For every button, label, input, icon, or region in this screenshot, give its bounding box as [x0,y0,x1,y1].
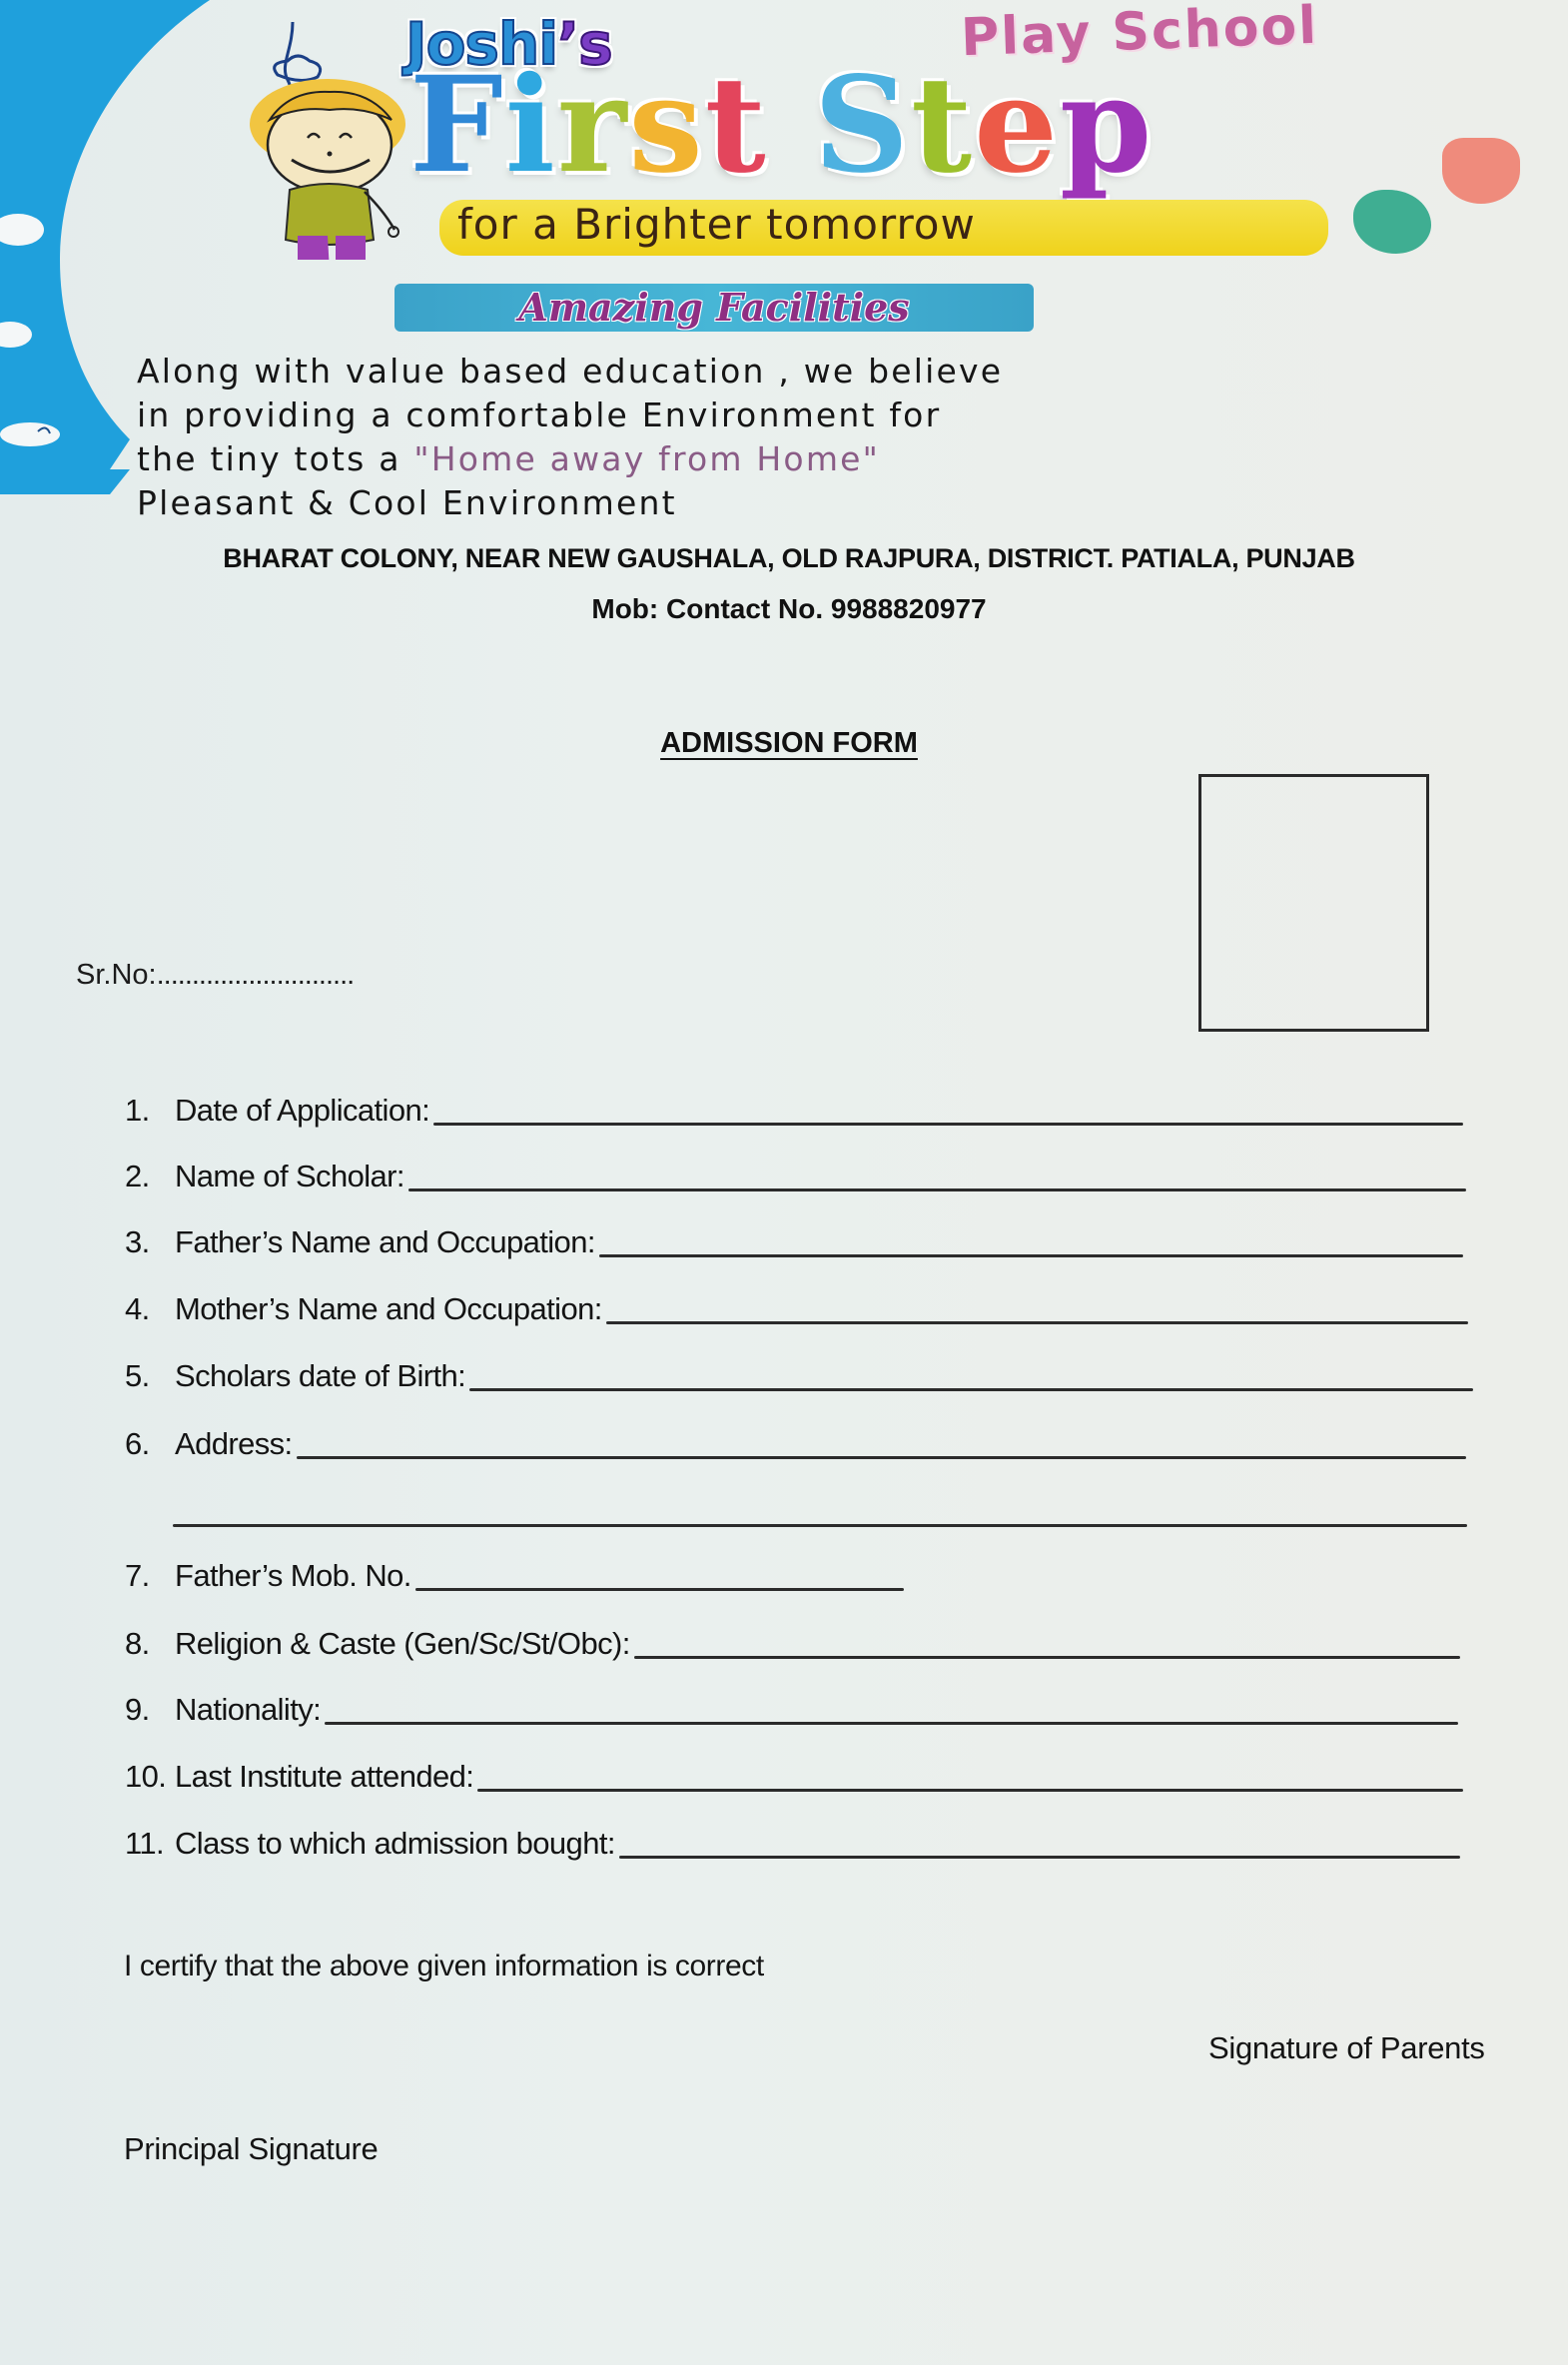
pink-paint-splash-icon [1442,138,1520,204]
field-label: Father’s Name and Occupation: [175,1224,595,1260]
title-letter: e [974,60,1060,192]
field-input-line[interactable] [619,1856,1460,1859]
form-field-row: 1.Date of Application: [125,1089,1463,1129]
field-label: Last Institute attended: [175,1759,473,1795]
form-field-row: 4.Mother’s Name and Occupation: [125,1287,1468,1327]
intro-line: Along with value based education , we be… [137,350,1003,394]
field-input-line[interactable] [634,1656,1460,1659]
intro-line: in providing a comfortable Environment f… [137,394,1003,437]
field-number: 1. [125,1093,175,1129]
field-label: Nationality: [175,1692,321,1728]
kid-holding-balloon-illustration [160,20,419,260]
serial-number-dots: ............................ [157,959,355,991]
green-paint-splash-icon [1353,190,1431,254]
field-number: 11. [125,1826,175,1862]
photo-box[interactable] [1198,774,1429,1032]
field-label: Name of Scholar: [175,1159,404,1194]
form-field-row: 11.Class to which admission bought: [125,1822,1460,1862]
field-number: 9. [125,1692,175,1728]
form-field-row: 9.Nationality: [125,1688,1458,1728]
facilities-banner: Amazing Facilities [394,284,1034,332]
school-address: BHARAT COLONY, NEAR NEW GAUSHALA, OLD RA… [0,543,1568,574]
intro-line: Pleasant & Cool Environment [137,481,1003,525]
field-number: 6. [125,1426,175,1462]
form-title-text: ADMISSION FORM [660,727,918,759]
serial-number-field[interactable]: Sr.No:............................ [76,959,354,992]
form-title: ADMISSION FORM [0,727,1568,760]
title-letter: r [557,60,629,192]
field-label: Date of Application: [175,1093,429,1129]
form-field-row: 6.Address: [125,1422,1466,1462]
field-number: 5. [125,1358,175,1394]
contact-number: Mob: Contact No. 9988820977 [0,593,1568,625]
parent-signature-label: Signature of Parents [1208,2030,1485,2066]
serial-number-label: Sr.No: [76,959,157,991]
field-input-line[interactable] [173,1524,1467,1527]
field-input-line[interactable] [433,1123,1463,1126]
field-input-line[interactable] [325,1722,1458,1725]
field-input-line[interactable] [606,1321,1468,1324]
title-letter: t [705,60,768,192]
title-letter: t [911,60,974,192]
field-label: Class to which admission bought: [175,1826,615,1862]
field-input-line[interactable] [408,1188,1466,1191]
title-letter [768,60,814,192]
field-number: 10. [125,1759,175,1795]
field-input-line[interactable] [297,1456,1466,1459]
form-field-row: 3.Father’s Name and Occupation: [125,1220,1463,1260]
title-letter: p [1060,60,1154,192]
field-number: 2. [125,1159,175,1194]
field-number: 3. [125,1224,175,1260]
field-input-line[interactable] [415,1588,904,1591]
field-input-line[interactable] [469,1388,1473,1391]
field-label: Address: [175,1426,293,1462]
form-field-row: 10.Last Institute attended: [125,1755,1463,1795]
home-away-quote: "Home away from Home" [413,439,880,478]
first-step-title: FirstStep [409,60,1154,192]
field-label: Mother’s Name and Occupation: [175,1291,602,1327]
tagline: for a Brighter tomorrow [457,200,976,249]
field-number: 7. [125,1558,175,1594]
intro-paragraph: Along with value based education , we be… [137,350,1003,525]
field-label: Scholars date of Birth: [175,1358,465,1394]
field-input-line[interactable] [477,1789,1463,1792]
form-field-row: 8.Religion & Caste (Gen/Sc/St/Obc): [125,1622,1460,1662]
address-continuation-row [125,1490,1467,1530]
field-input-line[interactable] [599,1254,1463,1257]
certification-statement: I certify that the above given informati… [124,1950,764,1983]
title-letter: F [409,60,505,192]
field-number: 4. [125,1291,175,1327]
form-field-row: 2.Name of Scholar: [125,1155,1466,1194]
field-number: 8. [125,1626,175,1662]
principal-signature-label: Principal Signature [124,2131,379,2167]
title-letter: i [505,60,557,192]
title-letter: S [814,60,911,192]
form-field-row: 5.Scholars date of Birth: [125,1354,1473,1394]
intro-line: the tiny tots a "Home away from Home" [137,437,1003,481]
intro-line-text: the tiny tots a [137,439,413,478]
form-field-row: 7.Father’s Mob. No. [125,1554,904,1594]
field-label: Religion & Caste (Gen/Sc/St/Obc): [175,1626,630,1662]
title-letter: s [628,60,704,192]
field-label: Father’s Mob. No. [175,1558,411,1594]
